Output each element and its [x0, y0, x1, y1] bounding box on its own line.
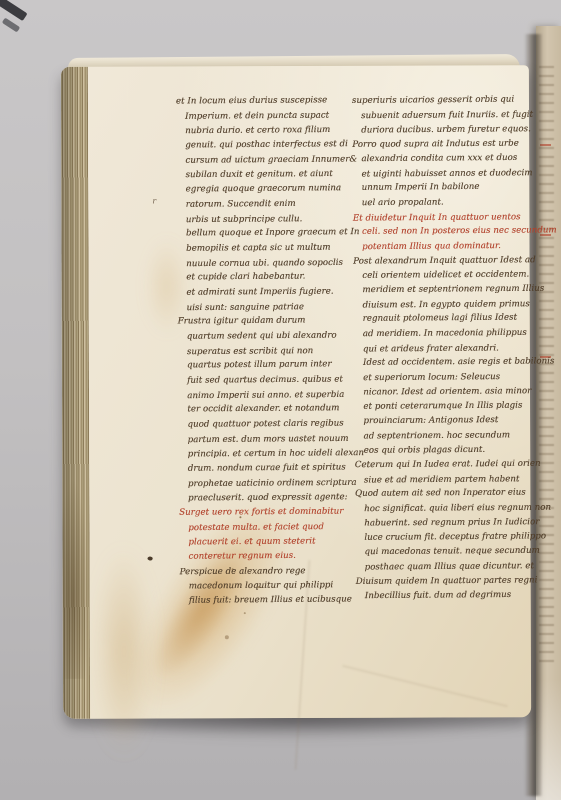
text-line: superiuris uicarios gesserit orbis qui	[352, 92, 530, 108]
rubric-line: Surget uero rex fortis et dominabitur	[179, 505, 355, 521]
text-line: meridiem et septentrionem regnum Illius	[353, 282, 531, 298]
rubric-line: potentiam Illius qua dominatur.	[353, 238, 531, 254]
text-line: qui macedonas tenuit. neque secundum	[355, 544, 533, 560]
text-line: Ceterum qui In Iudea erat. Iudei qui ori…	[355, 457, 533, 473]
corner-mark	[0, 0, 42, 40]
text-column-right: superiuris uicarios gesserit orbis quisu…	[352, 93, 534, 604]
text-line: genuit. qui posthac interfectus est di	[176, 137, 352, 153]
parchment-leaf: r et In locum eius durius suscepisseImpe…	[88, 65, 531, 719]
text-line: Imperium. et dein puncta supact	[176, 108, 352, 124]
text-line: et admirati sunt Imperiis fugiere.	[177, 284, 353, 300]
text-line: filius fuit: breuem Illius et ucibusque	[180, 593, 356, 609]
text-line: Frustra igitur quidam durum	[178, 313, 354, 329]
text-line: et cupide clari habebantur.	[177, 269, 353, 285]
text-line: ratorum. Succendit enim	[177, 196, 353, 212]
text-line: et ponti ceterarumque In Illis plagis	[354, 398, 532, 414]
text-line: Idest ad occidentem. asie regis et babil…	[354, 355, 532, 371]
parchment-stain	[83, 506, 164, 796]
text-line: et In locum eius durius suscepisse	[176, 93, 352, 109]
text-line: regnauit ptolomeus lagi filius Idest	[354, 311, 532, 327]
text-line: bemopilis et capta sic ut multum	[177, 240, 353, 256]
page-stack-fore-edge	[61, 67, 90, 719]
text-line: unnum Imperii In babilone	[353, 180, 531, 196]
text-line: macedonum loquitur qui philippi	[180, 578, 356, 594]
text-line: Quod autem ait sed non Inperator eius	[355, 486, 533, 502]
parchment-crease	[342, 665, 507, 707]
text-line: ter occidit alexander. et notandum	[178, 402, 354, 418]
text-line: alexandria condita cum xxx et duos	[352, 151, 530, 167]
text-line: luce crucium fit. deceptus fratre philip…	[355, 529, 533, 545]
text-line: bellum quoque et Inpore graecum et In	[177, 225, 353, 241]
text-column-left: et In locum eius durius suscepisseImperi…	[176, 93, 356, 608]
text-line: quartum sedent qui ubi alexandro	[178, 328, 354, 344]
text-line: fuit sed quartus decimus. quibus et	[178, 372, 354, 388]
text-line: hoc significat. quia liberi eius regnum …	[355, 501, 533, 517]
rubric-line: celi. sed non In posteros eius nec secun…	[353, 224, 531, 240]
rubric-line: placuerit ei. et quum steterit	[179, 534, 355, 550]
rubric-line: conteretur regnum eius.	[179, 549, 355, 565]
text-line: celi orientem uidelicet et occidentem.	[353, 267, 531, 283]
text-line: subuenit aduersum fuit Inuriis. et fugit	[352, 107, 530, 123]
text-line: ad meridiem. In macedonia philippus	[354, 326, 532, 342]
photo-background: r et In locum eius durius suscepisseImpe…	[0, 0, 561, 800]
text-line: quod quattuor potest claris regibus	[178, 417, 354, 433]
text-line: Porro quod supra ait Indutus est urbe	[352, 136, 530, 152]
text-line: Diuisum quidem In quattuor partes regni	[356, 573, 534, 589]
ink-blot	[147, 556, 153, 561]
text-line: principia. et certum in hoc uideli alexa…	[179, 446, 355, 462]
marginal-mark: r	[152, 196, 156, 205]
text-line: drum. nondum curae fuit et spiritus	[179, 461, 355, 477]
text-line: quartus potest illum parum inter	[178, 357, 354, 373]
text-line: cursum ad uictum graeciam Innumer&	[176, 152, 352, 168]
text-line: prouinciarum: Antigonus Idest	[354, 413, 532, 429]
text-line: egregia quoque graecorum numina	[177, 181, 353, 197]
text-line: et superiorum locum: Seleucus	[354, 369, 532, 385]
text-line: uel ario propalant.	[353, 195, 531, 211]
text-line: eos qui orbis plagas dicunt.	[355, 442, 533, 458]
manuscript-page: r et In locum eius durius suscepisseImpe…	[61, 65, 531, 719]
text-line: Inbecillius fuit. dum ad degrimus	[356, 588, 534, 604]
text-line: praecluserit. quod expressit agente:	[179, 490, 355, 506]
